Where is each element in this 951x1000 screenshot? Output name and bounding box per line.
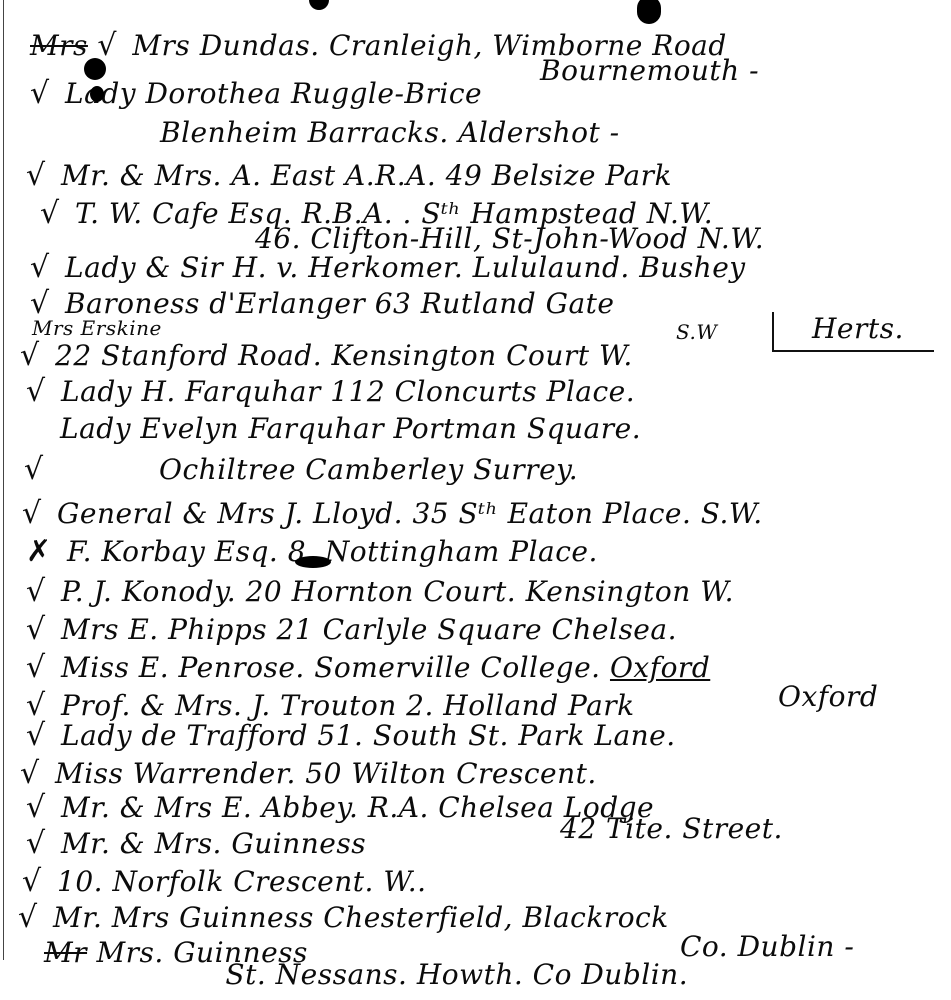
entry-text: 22 Stanford Road. Kensington Court W. (55, 339, 633, 372)
entry-row: Mrs Erskine (32, 316, 162, 340)
entry-row: √ Ochiltree Camberley Surrey. (24, 452, 578, 487)
correction: Oxford (778, 680, 878, 713)
entry-row: √ Mr. Mrs Guinness Chesterfield, Blackro… (18, 900, 669, 935)
entry-row: √ Lady H. Farquhar 112 Cloncurts Place. (26, 374, 635, 409)
struck-word: Oxford (610, 651, 710, 684)
entry-row: √ General & Mrs J. Lloyd. 35 Sᵗʰ Eaton P… (22, 496, 763, 531)
checkmark-icon: √ (26, 718, 46, 753)
entry-text: Mrs Erskine (32, 316, 162, 340)
entry-row: √ P. J. Konody. 20 Hornton Court. Kensin… (26, 574, 734, 609)
punch-hole (637, 0, 661, 24)
entry-row: √ Mrs E. Phipps 21 Carlyle Square Chelse… (26, 612, 677, 647)
entry-text: Lady & Sir H. v. Herkomer. Lululaund. Bu… (65, 251, 746, 284)
checkmark-icon: √ (20, 338, 40, 373)
checkmark-icon: √ (18, 900, 38, 935)
ink-blot (295, 556, 331, 568)
entry-addendum: Co. Dublin - (680, 930, 854, 963)
entry-text: Ochiltree Camberley Surrey. (159, 453, 578, 486)
checkmark-icon: √ (97, 28, 117, 63)
entry-row: √ Miss Warrender. 50 Wilton Crescent. (20, 756, 597, 791)
struck-prefix: Mrs (30, 29, 88, 62)
entry-row: St. Nessans. Howth. Co Dublin. (50, 958, 688, 991)
entry-text: Miss Warrender. 50 Wilton Crescent. (55, 757, 597, 790)
ink-blot (90, 86, 104, 102)
entry-text: Mrs E. Phipps 21 Carlyle Square Chelsea. (61, 613, 677, 646)
checkmark-icon: √ (40, 196, 60, 231)
checkmark-icon: √ (26, 650, 46, 685)
margin-line (3, 0, 4, 960)
entry-text: 10. Norfolk Crescent. W.. (57, 865, 427, 898)
entry-text: St. Nessans. Howth. Co Dublin. (225, 958, 688, 991)
entry-text: General & Mrs J. Lloyd. 35 Sᵗʰ Eaton Pla… (57, 497, 763, 530)
document-page: Mrs √ Mrs Dundas. Cranleigh, Wimborne Ro… (0, 0, 951, 1000)
checkmark-icon: √ (26, 790, 46, 825)
entry-row: √ Mr. & Mrs. A. East A.R.A. 49 Belsize P… (26, 158, 672, 193)
entry-row: √ Lady & Sir H. v. Herkomer. Lululaund. … (30, 250, 746, 285)
entry-text: P. J. Konody. 20 Hornton Court. Kensingt… (61, 575, 734, 608)
entry-text: Lady de Trafford 51. South St. Park Lane… (61, 719, 676, 752)
entry-text: F. Korbay Esq. 8. Nottingham Place. (67, 535, 598, 568)
entry-row: Blenheim Barracks. Aldershot - (160, 116, 620, 149)
punch-hole (309, 0, 329, 10)
checkmark-icon: √ (26, 374, 46, 409)
entry-text: Miss E. Penrose. Somerville College. (61, 651, 601, 684)
entry-row: 42 Tite. Street. (560, 812, 783, 845)
entry-addendum: Bournemouth - (540, 54, 759, 87)
checkmark-icon: √ (26, 612, 46, 647)
ink-blot (84, 58, 106, 80)
checkmark-icon: √ (22, 496, 42, 531)
entry-text: Mr. Mrs Guinness Chesterfield, Blackrock (53, 901, 669, 934)
entry-row: Lady Evelyn Farquhar Portman Square. (60, 412, 641, 445)
entry-text: Lady Dorothea Ruggle-Brice (65, 77, 482, 110)
checkmark-icon: √ (26, 826, 46, 861)
entry-row: √ 22 Stanford Road. Kensington Court W. (20, 338, 633, 373)
entry-row: √ Miss E. Penrose. Somerville College. O… (26, 650, 710, 685)
entry-text: 42 Tite. Street. (560, 812, 783, 845)
entry-text: Mr. & Mrs. Guinness (61, 827, 366, 860)
entry-text: Lady Evelyn Farquhar Portman Square. (60, 412, 641, 445)
entry-row: √ Mr. & Mrs. Guinness (26, 826, 366, 861)
checkmark-icon: √ (26, 574, 46, 609)
checkmark-icon: √ (24, 452, 44, 487)
cross-mark-icon: ✗ (26, 534, 52, 569)
entry-text: Blenheim Barracks. Aldershot - (160, 116, 620, 149)
entry-text: Mr. & Mrs. A. East A.R.A. 49 Belsize Par… (61, 159, 672, 192)
checkmark-icon: √ (26, 158, 46, 193)
entry-text: Lady H. Farquhar 112 Cloncurts Place. (61, 375, 635, 408)
entry-addendum: S.W (676, 320, 717, 344)
checkmark-icon: √ (30, 250, 50, 285)
checkmark-icon: √ (30, 76, 50, 111)
entry-row: √ 10. Norfolk Crescent. W.. (22, 864, 427, 899)
side-note: Herts. (812, 312, 904, 345)
entry-row: √ Lady de Trafford 51. South St. Park La… (26, 718, 676, 753)
checkmark-icon: √ (22, 864, 42, 899)
checkmark-icon: √ (20, 756, 40, 791)
